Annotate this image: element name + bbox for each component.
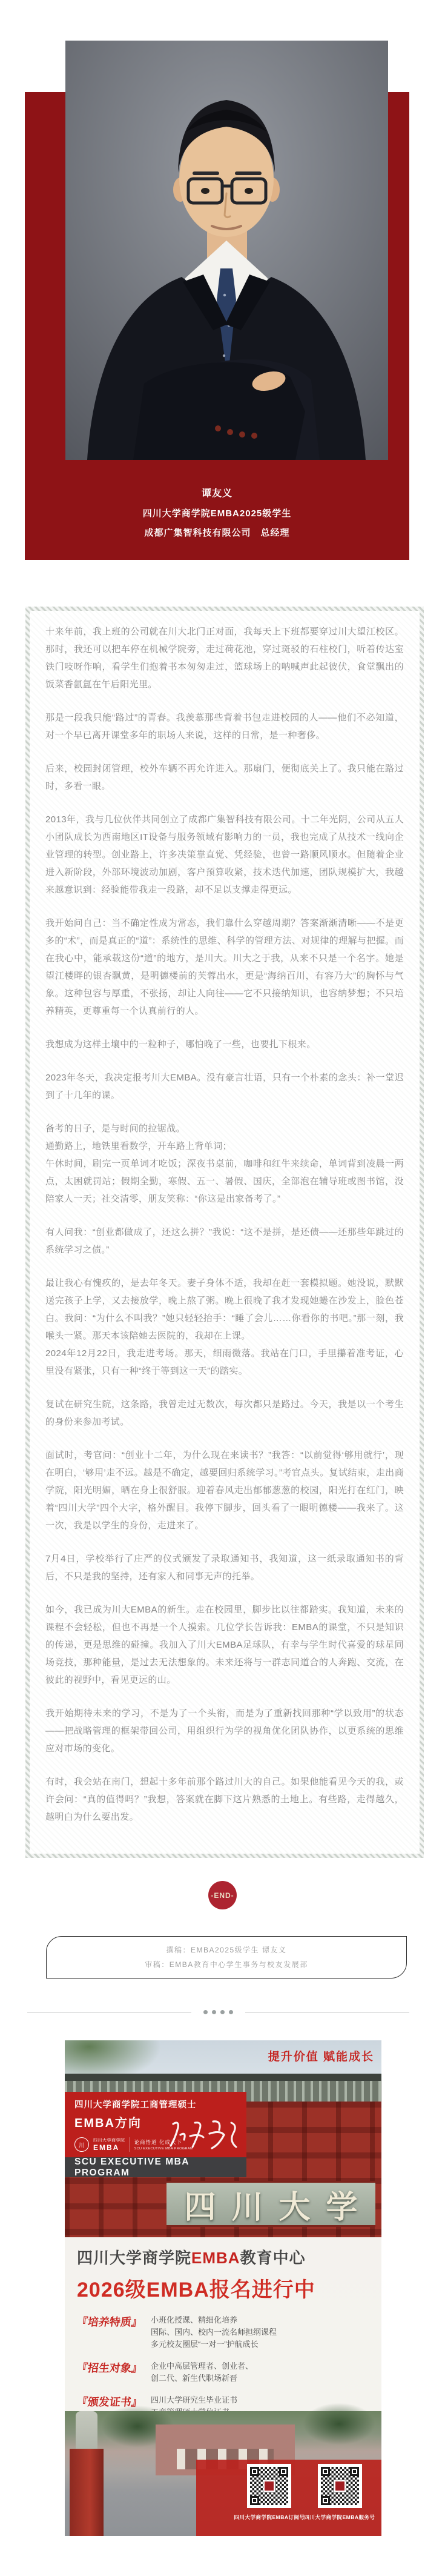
credits-box: 撰稿：EMBA2025级学生 谭友义 审稿：EMBA教育中心学生事务与校友发展部 xyxy=(46,1936,407,1979)
article-paragraph: 7月4日，学校举行了庄严的仪式颁发了录取通知书，我知道，这一纸录取通知书的背后，… xyxy=(45,1550,404,1585)
article-paragraph: 最让我心有愧疚的，是去年冬天。妻子身体不适，我却在赶一套模拟题。她没说，默默送完… xyxy=(45,1274,404,1380)
credits-writer: 撰稿：EMBA2025级学生 谭友义 xyxy=(166,1943,286,1957)
headline-suffix: 教育中心 xyxy=(240,2249,306,2267)
qr-finder-icon xyxy=(321,2467,330,2476)
qr-caption-service: 四川大学商学院EMBA服务号 xyxy=(303,2514,376,2521)
hero-section: 谭友义 四川大学商学院EMBA2025级学生 成都广集智科技有限公司 总经理 xyxy=(0,0,445,560)
article-paragraph: 我开始问自己：当不确定性成为常态，我们靠什么穿越周期？答案渐渐清晰——不是更多的… xyxy=(45,914,404,1020)
calligraphy-art xyxy=(168,2119,240,2154)
poster-section-audience: 『招生对象』 企业中高层管理者、创业者、 创二代、新生代职场新晋 xyxy=(77,2360,381,2385)
article-paragraph: 有时，我会站在南门，想起十多年前那个路过川大的自己。如果他能看见今天的我，或许会… xyxy=(45,1773,404,1826)
qr-code-subscription xyxy=(247,2464,291,2508)
portrait-photo xyxy=(65,41,388,460)
qr-finder-icon xyxy=(250,2467,259,2476)
red-gate-pillar xyxy=(70,2449,104,2536)
credits-reviewer: 审稿：EMBA教育中心学生事务与校友发展部 xyxy=(145,1957,308,1972)
article-paragraph: 那是一段我只能“路过”的青春。我羡慕那些背着书包走进校园的人——他们不必知道，对… xyxy=(45,709,404,744)
article-paragraph: 后来，校园封闭管理，校外车辆不再允许进入。那扇门，便彻底关上了。我只能在路过时，… xyxy=(45,760,404,795)
qr-finder-icon xyxy=(350,2467,359,2476)
person-company-line: 成都广集智科技有限公司 总经理 xyxy=(25,524,409,543)
end-badge-row: -END- xyxy=(0,1881,445,1909)
divider-line-right xyxy=(245,2012,409,2012)
qr-center-logo xyxy=(263,2480,275,2492)
section-lines: 小班化授课、精细化培养 国际、国内、校内一流名师担纲课程 多元校友圈层“一对一”… xyxy=(151,2314,277,2351)
article-paragraph: 复试在研究生院，这条路，我曾走过无数次，每次都只是路过。今天，我是以一个考生的身… xyxy=(45,1396,404,1431)
end-badge: -END- xyxy=(208,1881,237,1909)
logo-school-col: 四川大学商学院 EMBA xyxy=(93,2137,125,2152)
article-paragraph: 备考的日子，是与时间的拉锯战。 通勤路上，地铁里看数学，开车路上背单词； 午休时… xyxy=(45,1120,404,1208)
article-paragraph: 有人问我：“创业都做成了，还这么拼？”我说：“这不是拼，是还债——还那些年跳过的… xyxy=(45,1223,404,1259)
headline-prefix: 四川大学商学院 xyxy=(77,2249,191,2267)
article-paragraph: 如今，我已成为川大EMBA的新生。走在校园里，脚步比以往都踏实。我知道，未来的课… xyxy=(45,1601,404,1689)
logo-divider xyxy=(130,2137,130,2152)
divider-dots-icon xyxy=(203,2010,233,2014)
qr-finder-icon xyxy=(279,2467,288,2476)
article-paragraph: 十来年前，我上班的公司就在川大北门正对面，我每天上下班都要穿过川大望江校区。那时… xyxy=(45,623,404,693)
logo-school-name: 四川大学商学院 xyxy=(93,2137,125,2143)
article-paragraph: 我开始期待未来的学习，不是为了一个头衔，而是为了重新找回那种“学以致用”的状态—… xyxy=(45,1705,404,1757)
article-box: 十来年前，我上班的公司就在川大北门正对面，我每天上下班都要穿过川大望江校区。那时… xyxy=(25,607,424,1858)
article-paragraph: 2013年，我与几位伙伴共同创立了成都广集智科技有限公司。十二年光阴，公司从五人… xyxy=(45,811,404,899)
poster-headline: 四川大学商学院EMBA教育中心 xyxy=(77,2246,381,2268)
headline-emba: EMBA xyxy=(191,2249,240,2267)
section-lines: 企业中高层管理者、创业者、 创二代、新生代职场新晋 xyxy=(151,2360,253,2385)
gate-roof-cap xyxy=(65,2074,381,2081)
emba-poster: 提升价值 赋能成长 四川大学 四川大学商学院工商管理硕士 EMBA方向 川 四川… xyxy=(65,2040,381,2536)
hero-caption: 谭友义 四川大学商学院EMBA2025级学生 成都广集智科技有限公司 总经理 xyxy=(25,484,409,543)
qr-finder-icon xyxy=(321,2496,330,2505)
poster-slogan: 提升价值 赋能成长 xyxy=(268,2048,374,2064)
section-label: 『招生对象』 xyxy=(76,2360,143,2375)
portrait-illustration xyxy=(65,41,388,460)
article-body: 十来年前，我上班的公司就在川大北门正对面，我每天上下班都要穿过川大望江校区。那时… xyxy=(30,611,420,1854)
person-class-line: 四川大学商学院EMBA2025级学生 xyxy=(25,504,409,524)
qr-caption-subscription: 四川大学商学院EMBA订阅号 xyxy=(233,2514,306,2521)
poster-info-panel: 四川大学商学院EMBA教育中心 2026级EMBA报名进行中 『培养特质』 小班… xyxy=(65,2237,381,2411)
poster-big-title: 2026级EMBA报名进行中 xyxy=(77,2273,381,2303)
section-label: 『培养特质』 xyxy=(76,2314,143,2329)
divider-dot xyxy=(220,2010,225,2014)
divider-line-left xyxy=(27,2012,191,2012)
qr-code-service xyxy=(318,2464,362,2508)
article-paragraph: 我想成为这样土壤中的一粒种子，哪怕晚了一些，也要扎下根来。 xyxy=(45,1036,404,1053)
program-title: 四川大学商学院工商管理硕士 xyxy=(74,2098,246,2111)
program-banner: SCU EXECUTIVE MBA PROGRAM xyxy=(65,2157,246,2177)
university-plaque: 四川大学 xyxy=(166,2181,375,2227)
qr-center-logo xyxy=(334,2480,346,2492)
tree-decoration xyxy=(303,2403,375,2445)
person-name: 谭友义 xyxy=(25,484,409,504)
article-paragraph: 2023年冬天，我决定报考川大EMBA。没有豪言壮语，只有一个朴素的念头：补一堂… xyxy=(45,1069,404,1104)
scu-seal-icon: 川 xyxy=(74,2137,89,2152)
divider-dot xyxy=(203,2010,208,2014)
qr-finder-icon xyxy=(250,2496,259,2505)
section-divider xyxy=(27,2010,409,2014)
poster-section-features: 『培养特质』 小班化授课、精细化培养 国际、国内、校内一流名师担纲课程 多元校友… xyxy=(77,2314,381,2351)
qr-pattern xyxy=(321,2467,359,2505)
qr-pattern xyxy=(250,2467,288,2505)
article-paragraph: 面试时，考官问：“创业十二年，为什么现在来读书？”我答：“以前觉得‘够用就行’，… xyxy=(45,1446,404,1534)
divider-dot xyxy=(229,2010,233,2014)
divider-dot xyxy=(212,2010,216,2014)
logo-brand: EMBA xyxy=(93,2143,125,2152)
